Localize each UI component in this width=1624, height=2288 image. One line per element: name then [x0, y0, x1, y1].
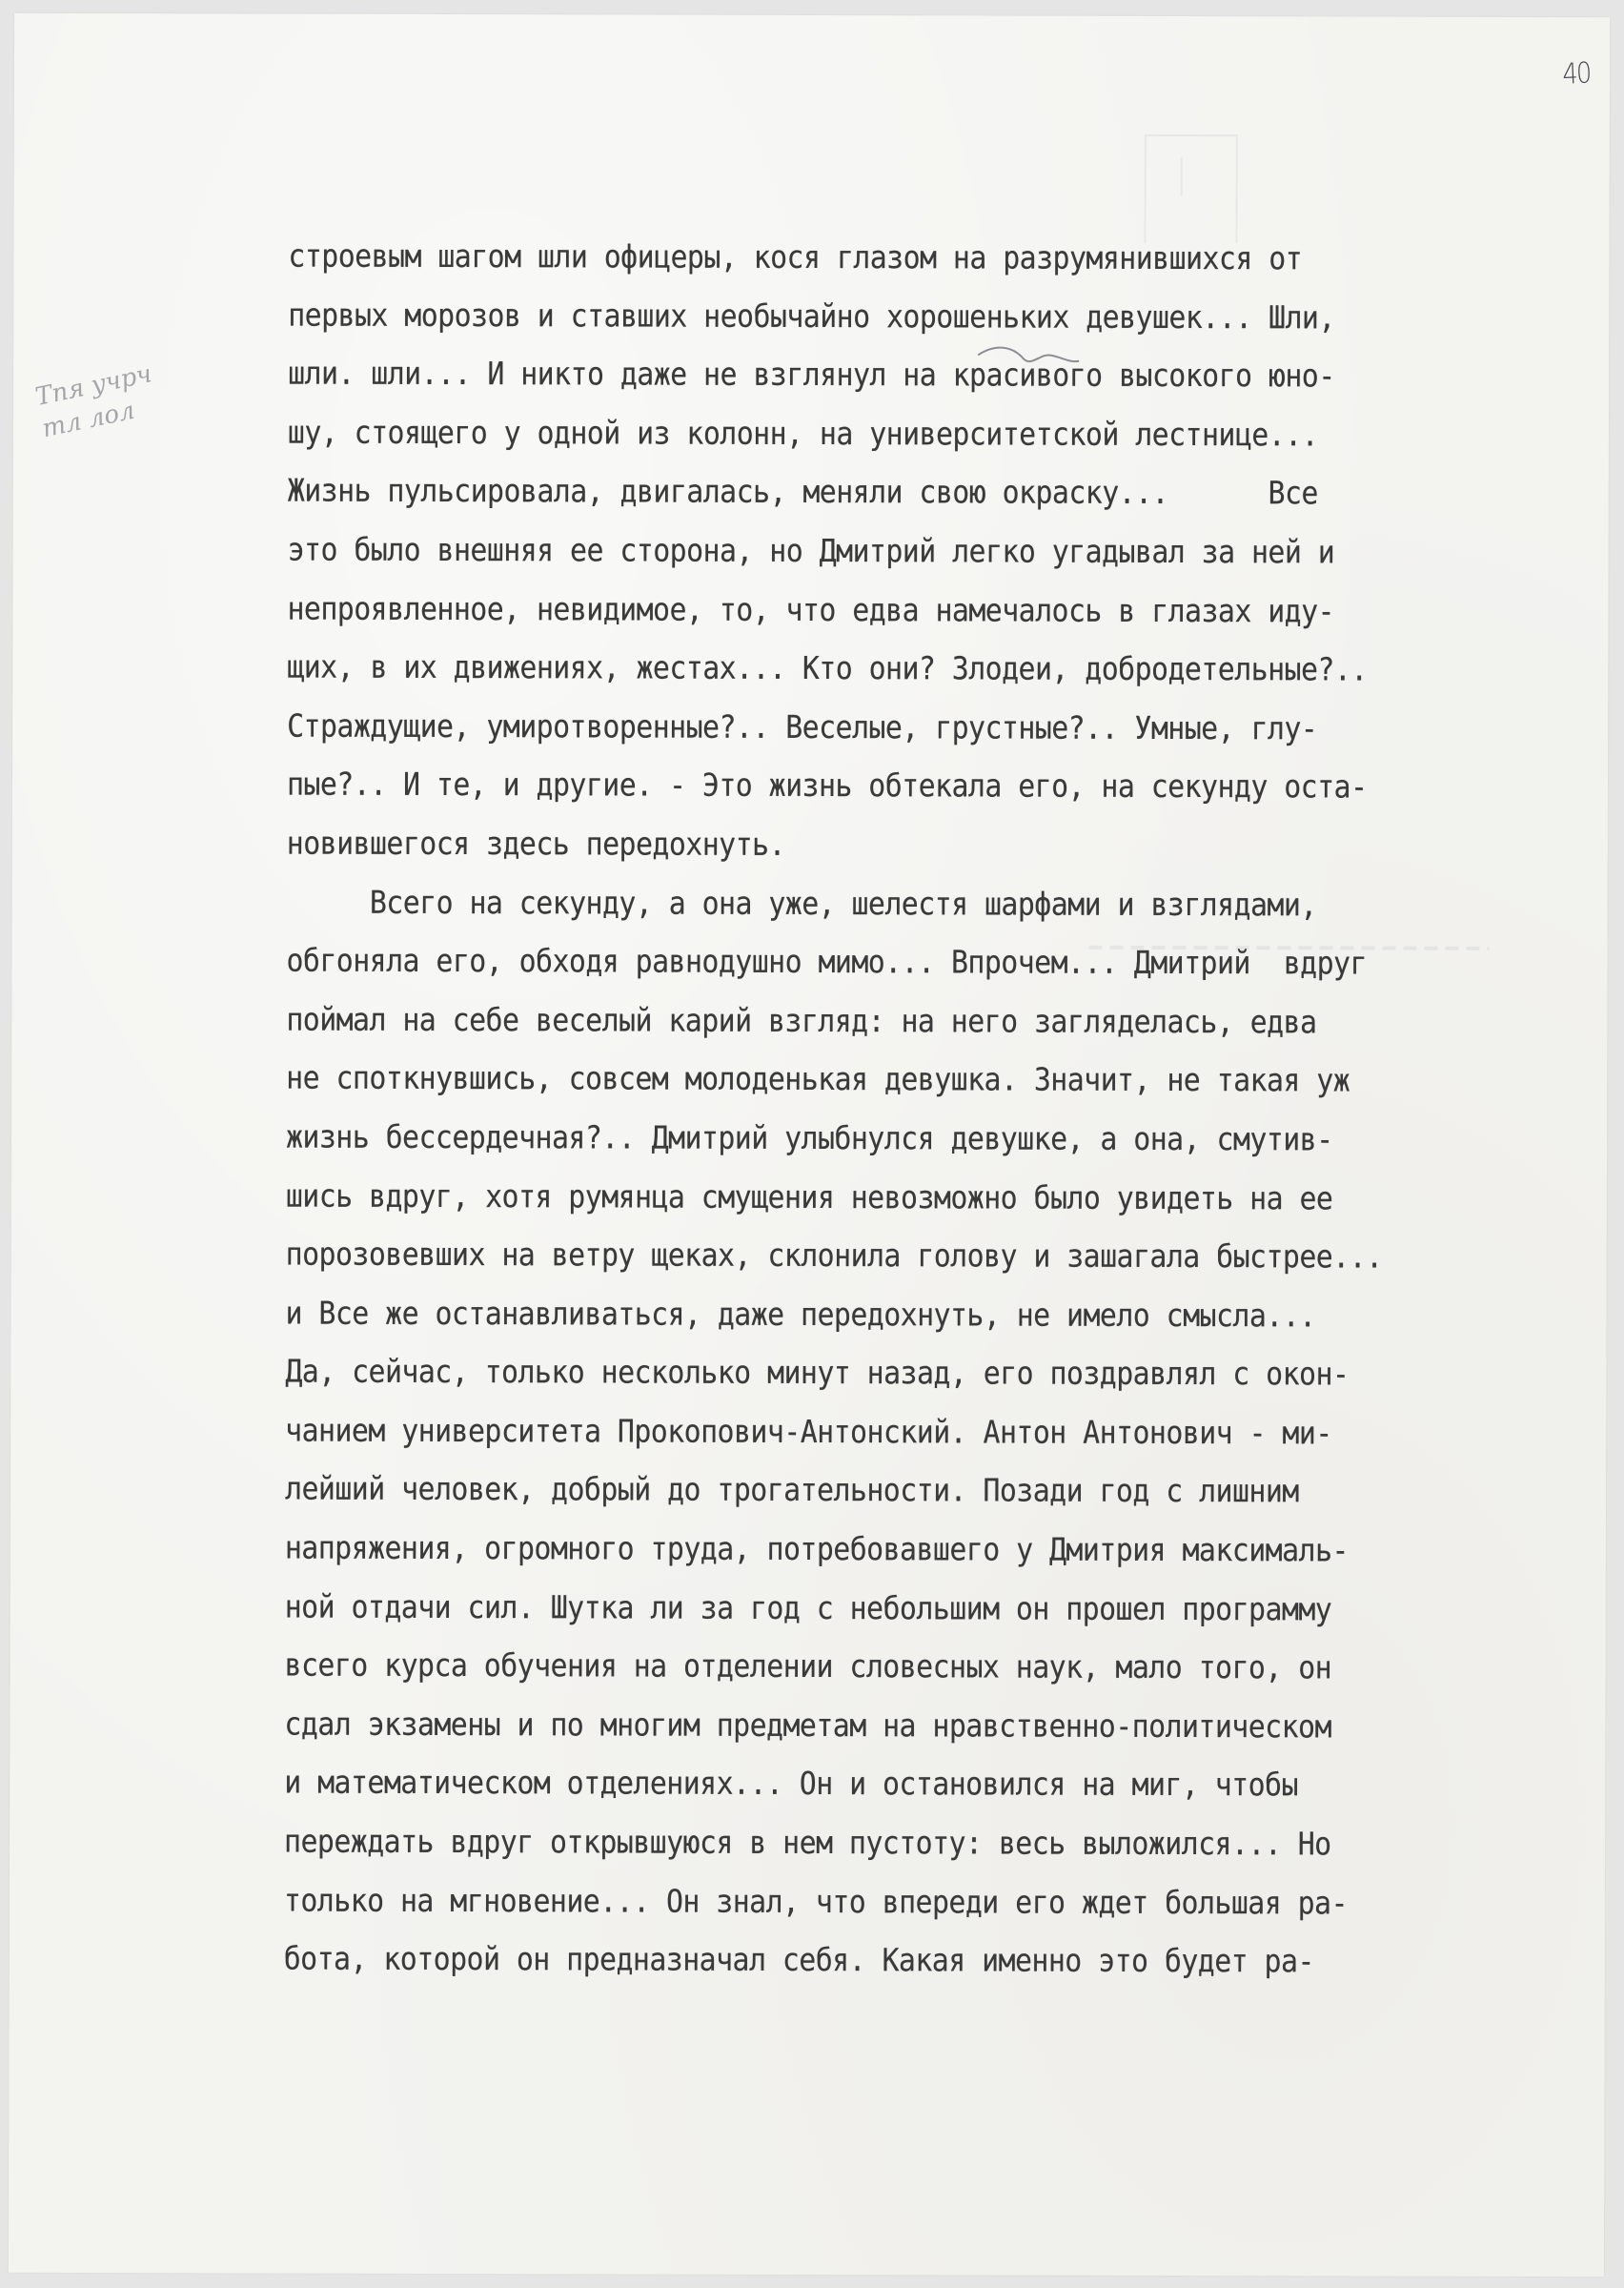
text-line: первых морозов и ставших необычайно хоро… — [288, 296, 1478, 357]
text-line: это было внешняя ее сторона, но Дмитрий … — [288, 531, 1478, 593]
text-line: и математическом отделениях... Он и оста… — [284, 1764, 1474, 1826]
text-line: только на мгновение... Он знал, что впер… — [284, 1881, 1474, 1943]
text-line: чанием университета Прокопович-Антонский… — [285, 1411, 1475, 1473]
typed-text-body: строевым шагом шли офицеры, кося глазом … — [284, 237, 1479, 2002]
text-line: порозовевших на ветру щеках, склонила го… — [286, 1236, 1476, 1297]
text-line: щих, в их движениях, жестах... Кто они? … — [287, 648, 1477, 710]
text-line: шли. шли... И никто даже не взглянул на … — [288, 355, 1478, 417]
text-line: Страждущие, умиротворенные?.. Веселые, г… — [287, 706, 1477, 768]
text-line: жизнь бессердечная?.. Дмитрий улыбнулся … — [286, 1117, 1476, 1179]
text-line: новившегося здесь передохнуть. — [287, 825, 1477, 887]
text-line: поймал на себе веселый карий взгляд: на … — [286, 1000, 1476, 1062]
text-line: напряжения, огромного труда, потребовавш… — [285, 1529, 1475, 1591]
text-line: ной отдачи сил. Шутка ли за год с неболь… — [285, 1587, 1475, 1649]
text-line: Жизнь пульсировала, двигалась, меняли св… — [288, 472, 1478, 534]
page-number: 40 — [1562, 56, 1591, 92]
text-line: сдал экзамены и по многим предметам на н… — [284, 1705, 1474, 1767]
text-line: не споткнувшись, совсем молоденькая деву… — [286, 1059, 1476, 1121]
text-line: переждать вдруг открывшуюся в нем пустот… — [284, 1823, 1474, 1885]
text-line: лейший человек, добрый до трогательности… — [285, 1470, 1475, 1532]
typescript-page: 40 Тпя учрч тл лол строевым шагом шли оф… — [9, 13, 1610, 2277]
margin-note: Тпя учрч тл лол — [32, 353, 193, 484]
text-line: шу, стоящего у одной из колонн, на униве… — [288, 413, 1478, 475]
text-line: строевым шагом шли офицеры, кося глазом … — [288, 237, 1478, 299]
text-line: обгоняла его, обходя равнодушно мимо... … — [286, 942, 1476, 1004]
text-line: всего курса обучения на отделении словес… — [284, 1646, 1474, 1708]
text-line: пые?.. И те, и другие. - Это жизнь обтек… — [287, 766, 1477, 827]
text-line: и Все же останавливаться, даже передохну… — [285, 1294, 1475, 1356]
text-line: шись вдруг, хотя румянца смущения невозм… — [286, 1176, 1476, 1238]
paragraph-start-line: Всего на секунду, а она уже, шелестя шар… — [287, 883, 1477, 945]
show-through-stamp — [1144, 134, 1237, 243]
text-line: непроявленное, невидимое, то, что едва н… — [287, 589, 1477, 651]
text-line: Да, сейчас, только несколько минут назад… — [285, 1353, 1475, 1415]
text-line: бота, которой он предназначал себя. Кака… — [284, 1940, 1474, 2002]
